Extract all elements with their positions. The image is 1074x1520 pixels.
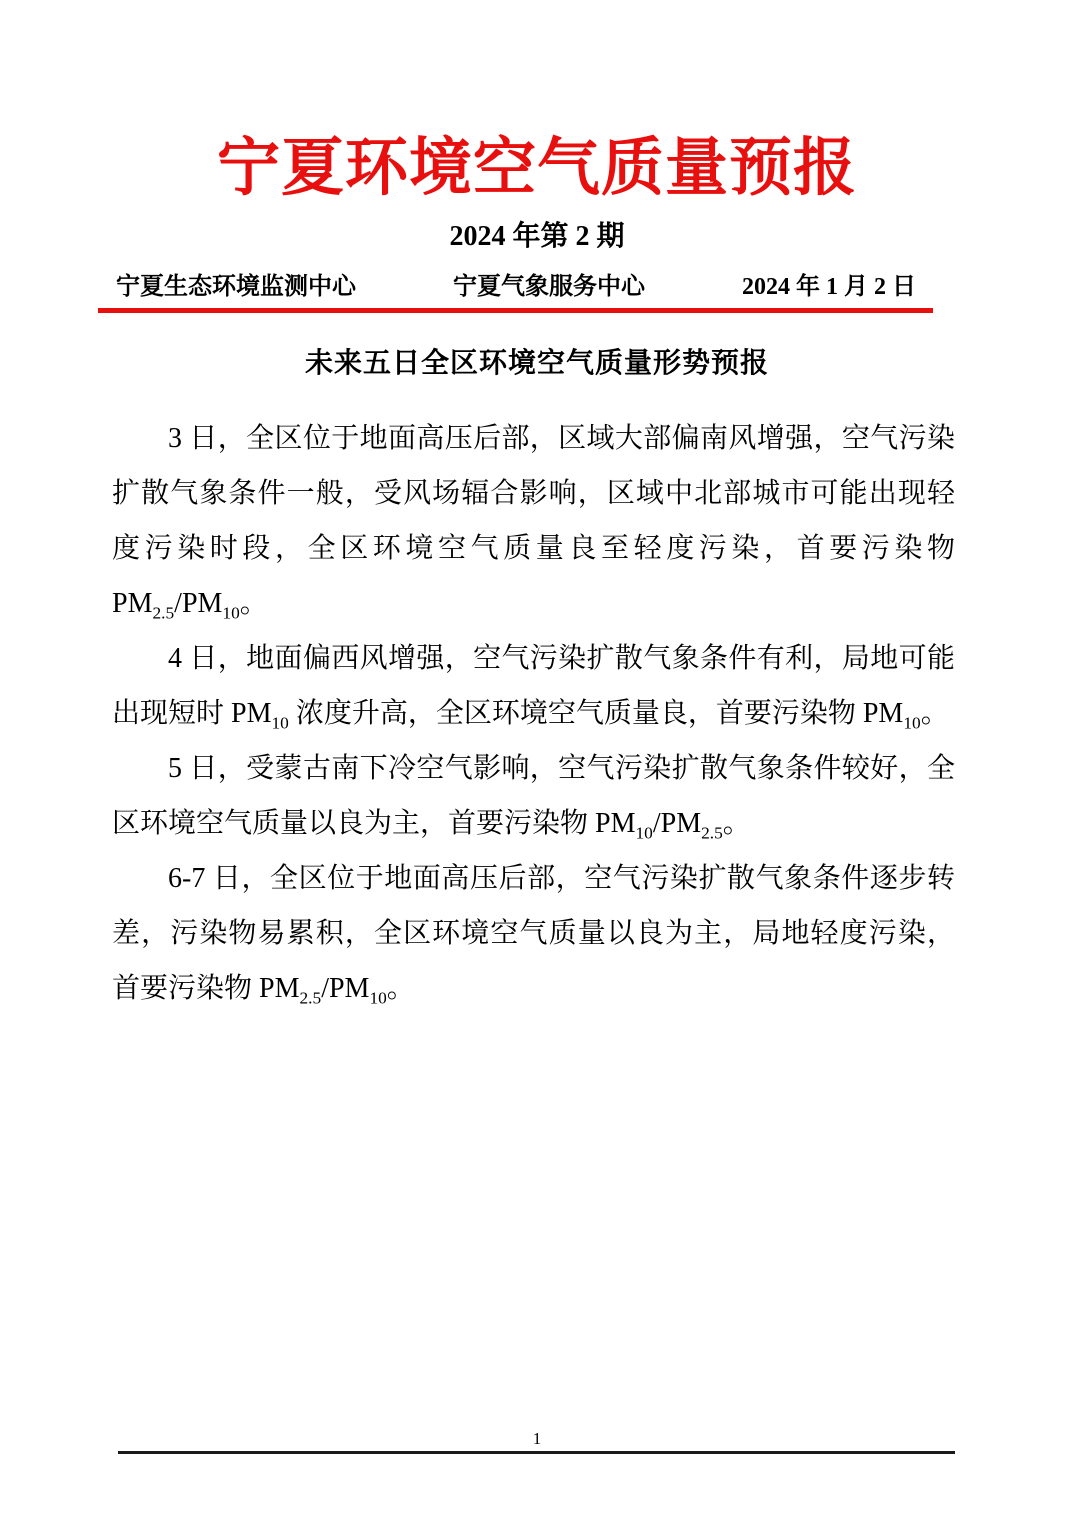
body-paragraph: 4 日，地面偏西风增强，空气污染扩散气象条件有利，局地可能出现短时 PM10 浓…	[112, 631, 955, 741]
body-line: 5 日，受蒙古南下冷空气影响，空气污染扩散气象条件较好，全	[112, 741, 955, 796]
masthead-org-center: 宁夏气象服务中心	[453, 271, 645, 303]
masthead-row: 宁夏生态环境监测中心 宁夏气象服务中心 2024 年 1 月 2 日	[116, 271, 916, 303]
section-title: 未来五日全区环境空气质量形势预报	[0, 344, 1074, 384]
body-line: 6-7 日，全区位于地面高压后部，空气污染扩散气象条件逐步转	[112, 851, 955, 906]
body-line: 首要污染物 PM2.5/PM10。	[112, 961, 955, 1016]
body-paragraph: 3 日，全区位于地面高压后部，区域大部偏南风增强，空气污染扩散气象条件一般，受风…	[112, 411, 955, 631]
body-line: 3 日，全区位于地面高压后部，区域大部偏南风增强，空气污染	[112, 411, 955, 466]
body-paragraph: 6-7 日，全区位于地面高压后部，空气污染扩散气象条件逐步转差，污染物易累积，全…	[112, 851, 955, 1016]
body-line: 出现短时 PM10 浓度升高，全区环境空气质量良，首要污染物 PM10。	[112, 686, 955, 741]
body-line: 差，污染物易累积，全区环境空气质量以良为主，局地轻度污染，	[112, 906, 955, 961]
page-number: 1	[0, 1427, 1074, 1451]
masthead-red-rule	[98, 308, 933, 313]
footer-rule	[118, 1451, 955, 1454]
body-paragraph: 5 日，受蒙古南下冷空气影响，空气污染扩散气象条件较好，全区环境空气质量以良为主…	[112, 741, 955, 851]
body-line: 区环境空气质量以良为主，首要污染物 PM10/PM2.5。	[112, 796, 955, 851]
masthead-org-left: 宁夏生态环境监测中心	[116, 271, 356, 303]
body-line: 扩散气象条件一般，受风场辐合影响，区域中北部城市可能出现轻	[112, 466, 955, 521]
document-page: 宁夏环境空气质量预报 2024 年第 2 期 宁夏生态环境监测中心 宁夏气象服务…	[0, 0, 1074, 1520]
body-line: 度污染时段，全区环境空气质量良至轻度污染，首要污染物	[112, 521, 955, 576]
body-line: 4 日，地面偏西风增强，空气污染扩散气象条件有利，局地可能	[112, 631, 955, 686]
issue-number: 2024 年第 2 期	[0, 219, 1074, 255]
masthead-date: 2024 年 1 月 2 日	[742, 271, 916, 303]
forecast-body: 3 日，全区位于地面高压后部，区域大部偏南风增强，空气污染扩散气象条件一般，受风…	[112, 411, 955, 1016]
body-line: PM2.5/PM10。	[112, 576, 955, 631]
document-title: 宁夏环境空气质量预报	[0, 120, 1074, 216]
